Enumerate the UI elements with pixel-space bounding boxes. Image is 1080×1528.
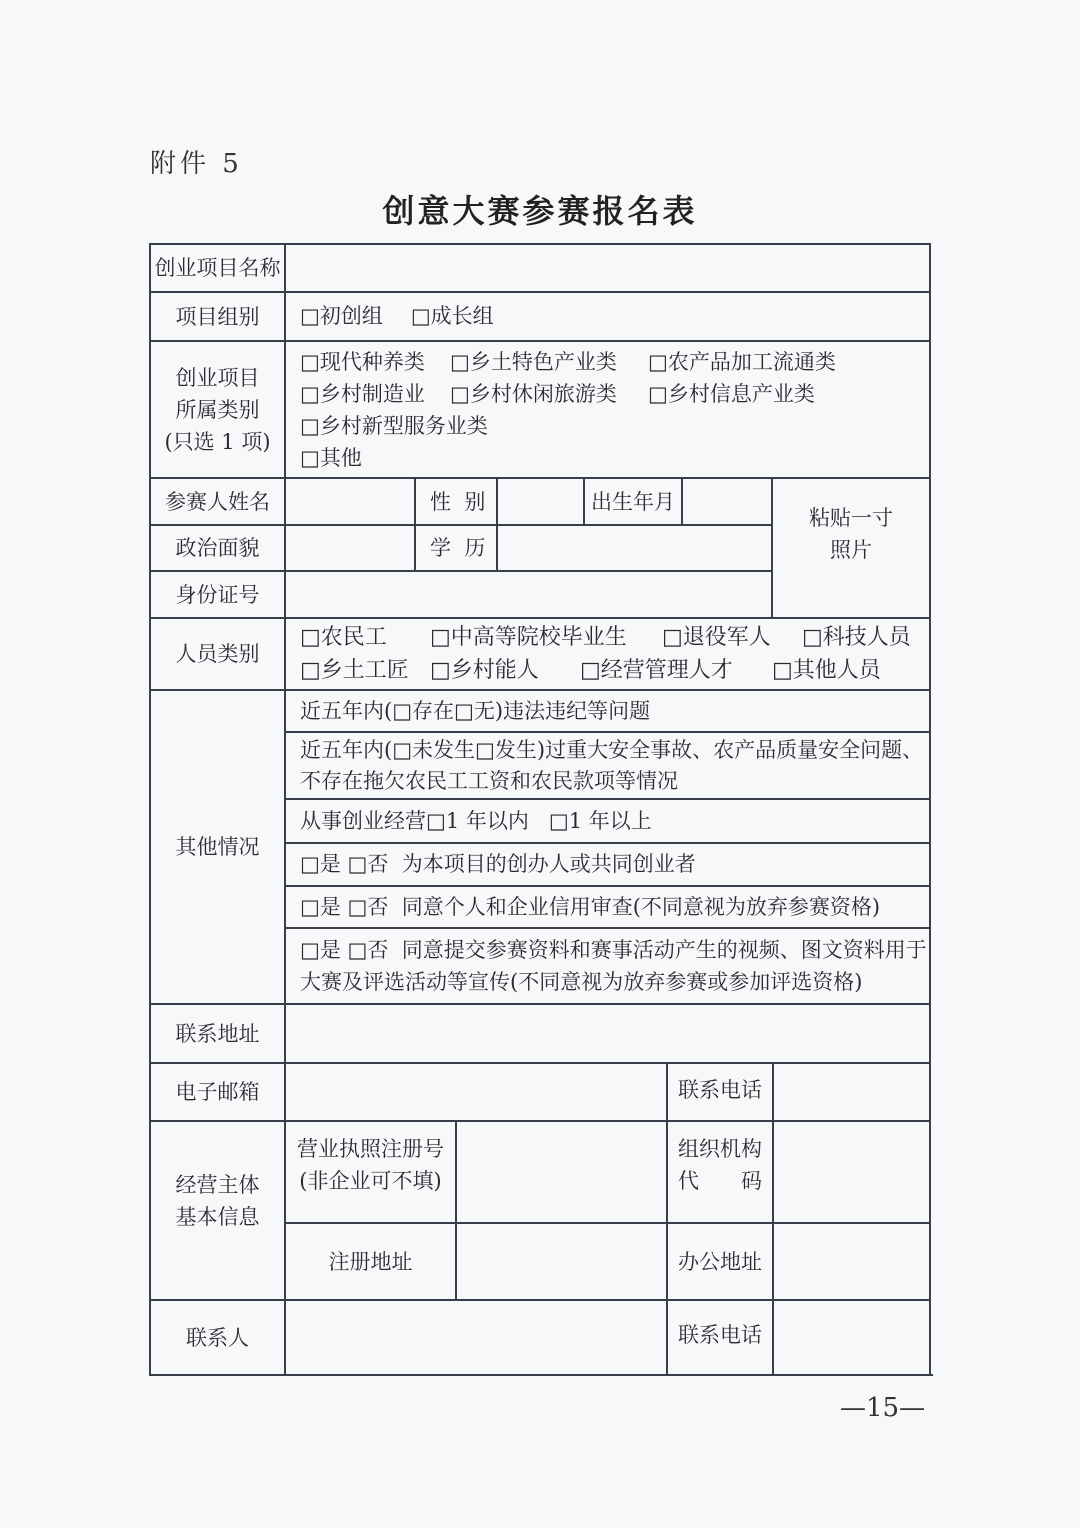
registered-address-field[interactable] [457,1224,666,1299]
contact-person-field[interactable] [286,1301,666,1374]
birth-label: 出生年月 [585,479,681,524]
checkbox-modern-farming[interactable]: □现代种养类 [300,346,450,378]
form-title: 创意大赛参赛报名表 [0,186,1080,232]
other-item-text: 近五年内(□未发生□发生)过重大安全事故、农产品质量安全问题、 [300,735,929,766]
education-field[interactable] [498,526,771,570]
license-label-line: 营业执照注册号 [297,1133,444,1165]
other-item-text: 从事创业经营□1 年以内 □1 年以上 [300,805,929,838]
contact-address-field[interactable] [286,1005,929,1062]
category-options: □现代种养类 □乡土特色产业类 □农产品加工流通类 □乡村制造业 □乡村休闲旅游… [286,342,929,477]
category-label-line: (只选 1 项) [164,426,270,458]
registered-address-label: 注册地址 [286,1224,455,1299]
project-name-field[interactable] [286,245,929,291]
contact-phone-field[interactable] [774,1301,929,1374]
photo-label-line: 照片 [830,534,872,566]
checkbox-rural-manufacturing[interactable]: □乡村制造业 [300,378,450,410]
checkbox-management-talent[interactable]: □经营管理人才 [580,654,772,687]
business-info-label: 经营主体 基本信息 [151,1122,284,1299]
attachment-label: 附件 5 [150,143,243,180]
category-label-line: 创业项目 [176,362,260,394]
contact-address-label: 联系地址 [151,1005,284,1062]
category-label-line: 所属类别 [176,394,260,426]
checkbox-rural-talent[interactable]: □乡村能人 [430,654,580,687]
other-item-founder[interactable]: □是 □否 为本项目的创办人或共同创业者 [286,844,929,885]
checkbox-rural-tourism[interactable]: □乡村休闲旅游类 [450,378,648,410]
license-label-line: (非企业可不填) [299,1165,441,1197]
category-label: 创业项目 所属类别 (只选 1 项) [151,342,284,477]
id-number-label: 身份证号 [151,572,284,617]
id-number-field[interactable] [286,572,771,617]
photo-area[interactable]: 粘贴一寸 照片 [773,479,929,617]
license-number-field[interactable] [457,1122,666,1222]
personnel-type-options: □农民工 □中高等院校毕业生 □退役军人 □科技人员 □乡土工匠 □乡村能人 □… [286,619,929,689]
checkbox-growth-group[interactable]: □成长组 [411,300,494,333]
applicant-name-label: 参赛人姓名 [151,479,284,524]
project-group-label: 项目组别 [151,293,284,340]
business-label-line: 基本信息 [176,1201,260,1233]
checkbox-startup-group[interactable]: □初创组 [300,300,383,333]
political-status-field[interactable] [286,526,414,570]
other-item-experience[interactable]: 从事创业经营□1 年以内 □1 年以上 [286,800,929,842]
other-item-credit-check[interactable]: □是 □否 同意个人和企业信用审查(不同意视为放弃参赛资格) [286,887,929,927]
org-code-label-line: 代 码 [678,1165,762,1197]
checkbox-graduate[interactable]: □中高等院校毕业生 [430,621,662,654]
other-item-text: □是 □否 为本项目的创办人或共同创业者 [300,848,929,881]
checkbox-craftsman[interactable]: □乡土工匠 [300,654,430,687]
checkbox-local-specialty[interactable]: □乡土特色产业类 [450,346,648,378]
checkbox-other-personnel[interactable]: □其他人员 [772,654,881,687]
org-code-label: 组织机构 代 码 [668,1122,772,1222]
checkbox-tech-personnel[interactable]: □科技人员 [802,621,911,654]
project-name-label: 创业项目名称 [151,245,284,291]
checkbox-agri-processing[interactable]: □农产品加工流通类 [648,346,836,378]
checkbox-category-other[interactable]: □其他 [300,442,362,474]
gender-label: 性 别 [416,479,496,524]
other-item-violations[interactable]: 近五年内(□存在□无)违法违纪等问题 [286,691,929,731]
email-field[interactable] [286,1064,666,1120]
other-item-text: 不存在拖欠农民工工资和农民款项等情况 [300,766,929,797]
project-group-options: □初创组 □成长组 [286,293,929,340]
education-label: 学 历 [416,526,496,570]
political-status-label: 政治面貌 [151,526,284,570]
office-address-field[interactable] [774,1224,929,1299]
other-item-safety[interactable]: 近五年内(□未发生□发生)过重大安全事故、农产品质量安全问题、 不存在拖欠农民工… [286,733,929,798]
office-address-label: 办公地址 [668,1224,772,1299]
other-item-text: 近五年内(□存在□无)违法违纪等问题 [300,695,929,728]
checkbox-rural-new-services[interactable]: □乡村新型服务业类 [300,410,488,442]
other-situations-label: 其他情况 [151,691,284,1003]
checkbox-veteran[interactable]: □退役军人 [662,621,802,654]
phone-field[interactable] [774,1064,929,1120]
email-label: 电子邮箱 [151,1064,284,1120]
personnel-type-label: 人员类别 [151,619,284,689]
other-item-text: □是 □否 同意提交参赛资料和赛事活动产生的视频、图文资料用于 [300,934,929,966]
birth-field[interactable] [683,479,771,524]
gender-field[interactable] [498,479,583,524]
license-number-label: 营业执照注册号 (非企业可不填) [286,1122,455,1222]
other-item-publicity-consent[interactable]: □是 □否 同意提交参赛资料和赛事活动产生的视频、图文资料用于 大赛及评选活动等… [286,929,929,1003]
org-code-field[interactable] [774,1122,929,1222]
org-code-label-line: 组织机构 [678,1133,762,1165]
checkbox-migrant-worker[interactable]: □农民工 [300,621,430,654]
phone-label: 联系电话 [668,1064,772,1116]
checkbox-rural-info-industry[interactable]: □乡村信息产业类 [648,378,815,410]
photo-label-line: 粘贴一寸 [809,502,893,534]
business-label-line: 经营主体 [176,1169,260,1201]
other-item-text: □是 □否 同意个人和企业信用审查(不同意视为放弃参赛资格) [300,891,929,924]
contact-phone-label: 联系电话 [668,1301,772,1369]
page-number: —15— [840,1393,925,1423]
applicant-name-field[interactable] [286,479,414,524]
contact-person-label: 联系人 [151,1301,284,1374]
other-item-text: 大赛及评选活动等宣传(不同意视为放弃参赛或参加评选资格) [300,966,929,998]
